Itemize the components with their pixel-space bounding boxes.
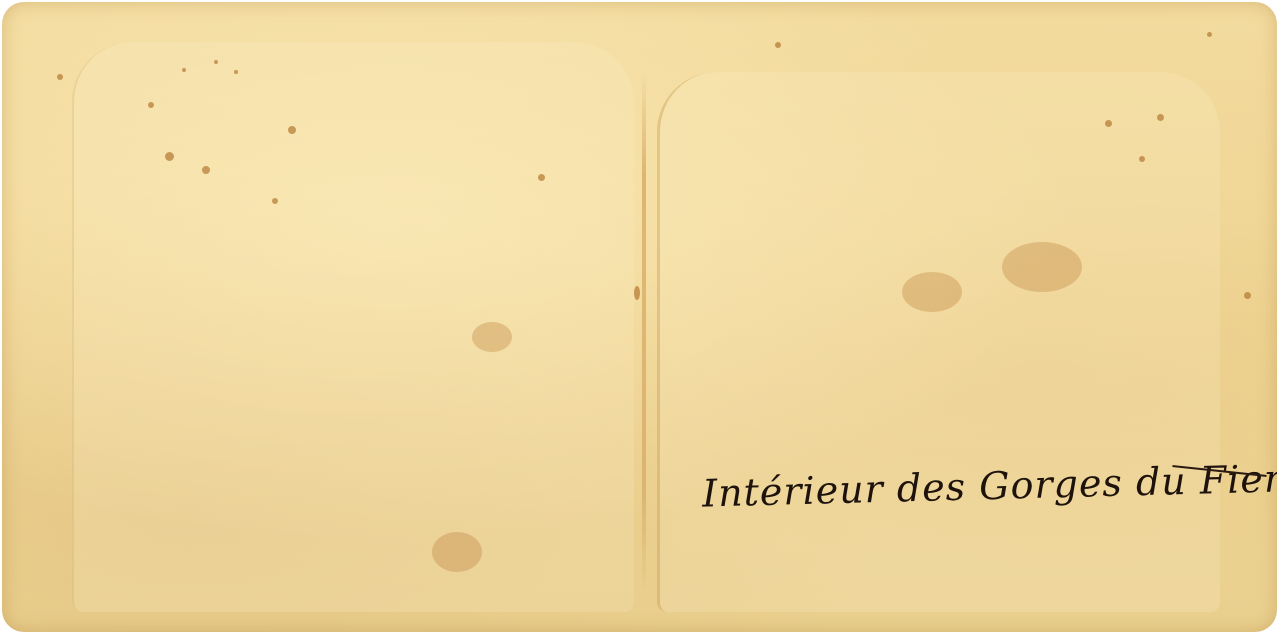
foxing-spot [1207,32,1212,37]
foxing-spot [775,42,781,48]
foxing-spot [288,126,296,134]
left-image-panel-outline [72,42,634,612]
foxing-spot [57,74,63,80]
foxing-spot [1139,156,1145,162]
stereoview-card-back: Intérieur des Gorges du Fier [2,2,1277,632]
foxing-spot [202,166,210,174]
foxing-spot [214,60,218,64]
foxing-spot [634,286,640,300]
foxing-spot [1157,114,1164,121]
water-stain [472,322,512,352]
center-fold-stain [642,72,646,592]
water-stain [432,532,482,572]
right-image-panel-outline [657,72,1220,612]
water-stain [1002,242,1082,292]
foxing-spot [165,152,174,161]
foxing-spot [272,198,278,204]
foxing-spot [148,102,154,108]
foxing-spot [1105,120,1112,127]
foxing-spot [182,68,186,72]
water-stain [902,272,962,312]
foxing-spot [538,174,545,181]
foxing-spot [234,70,238,74]
foxing-spot [1244,292,1251,299]
